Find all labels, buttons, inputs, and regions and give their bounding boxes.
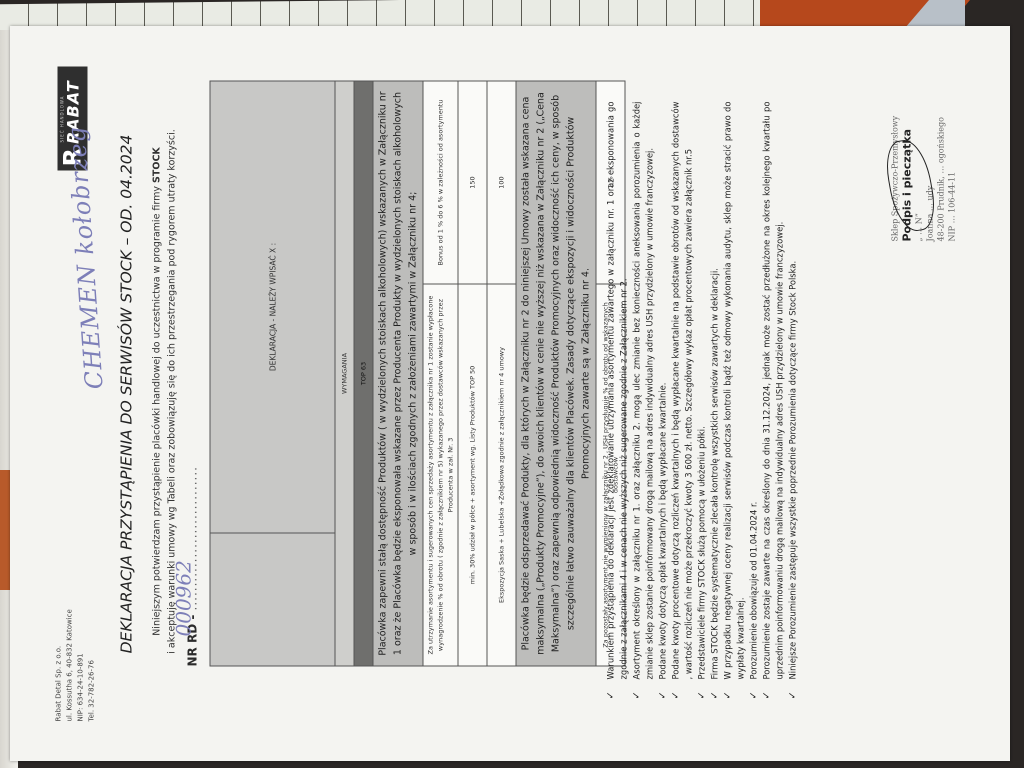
list-item: ✓Podane kwoty procentowe dotyczą rozlicz…	[670, 102, 696, 702]
requirement-cell: min. 30% udział w półce + asortyment wg.…	[458, 284, 487, 666]
stamp-line4: 48-200 Prudnik, … ogońskiego	[936, 52, 947, 242]
table-row: Za utrzymanie asortymentu i sugerowanych…	[423, 81, 458, 666]
requirement-cell: Ekspozycja Saska + Lubelska +Żołądkowa z…	[487, 284, 516, 666]
list-item: ✓W przypadku negatywnej oceny realizacji…	[722, 102, 748, 702]
document-sheet: Rabat Detal Sp. z o.o. ul. Kossutha 6, 4…	[10, 26, 1010, 761]
list-item: ✓Firma STOCK będzie systematycznie zleca…	[709, 102, 722, 702]
list-item: ✓Warunkiem przystąpienia do deklaracji j…	[605, 102, 631, 702]
value-cell: Bonus od 1 % do 6 % w zależności od asor…	[423, 81, 458, 284]
requirement-cell: Za utrzymanie asortymentu i sugerowanych…	[423, 284, 458, 666]
section1-description: Placówka zapewni stałą dostępność Produk…	[373, 81, 423, 666]
declaration-table: DEKLARACJA - NALEŻY WPISAĆ X : WYMAGANIA…	[210, 81, 626, 667]
section-label-top63: TOP 63	[354, 81, 373, 666]
stamp-line5: NIP … 106-44-11	[947, 52, 958, 242]
check-icon: ✓	[709, 691, 722, 699]
intro-line1: Niniejszym potwierdzam przystąpienie pla…	[152, 186, 163, 636]
declaration-header: DEKLARACJA - NALEŻY WPISAĆ X :	[210, 81, 335, 533]
nr-rd-field: NR RD - .............................. 0…	[186, 466, 200, 666]
company-name: Rabat Detal Sp. z o.o.	[54, 609, 65, 721]
document-title: DEKLARACJA PRZYSTĄPIENIA DO SERWISÓW STO…	[118, 27, 136, 762]
check-icon: ✓	[631, 691, 644, 699]
value-cell: 100	[487, 81, 516, 284]
handwritten-store-name: CHEMEN kołobrzeg	[62, 125, 108, 390]
signature-stamp: Sklep Spożywczo-Przemysłowy Podpis i pie…	[890, 52, 958, 242]
check-icon: ✓	[787, 691, 800, 699]
check-icon: ✓	[761, 691, 774, 699]
company-info: Rabat Detal Sp. z o.o. ul. Kossutha 6, 4…	[54, 609, 98, 721]
list-item: ✓Niniejsze Porozumienie zastępuje wszyst…	[787, 102, 800, 702]
terms-list: ✓Warunkiem przystąpienia do deklaracji j…	[605, 102, 800, 702]
section2-description: Placówka będzie odsprzedawać Produkty, d…	[516, 81, 596, 666]
check-icon: ✓	[748, 691, 761, 699]
company-address: ul. Kossutha 6, 40-832 Katowice	[65, 609, 76, 721]
company-nip: NIP: 634-24-10-891	[76, 609, 87, 721]
check-icon: ✓	[657, 691, 670, 699]
table-row: Ekspozycja Saska + Lubelska +Żołądkowa z…	[487, 81, 516, 666]
check-icon: ✓	[722, 691, 735, 699]
check-icon: ✓	[696, 691, 709, 699]
check-icon: ✓	[605, 691, 618, 699]
company-tel: Tel. 32-782-26-76	[87, 609, 98, 721]
nr-rd-handwritten-value: 000962	[172, 560, 196, 636]
list-item: ✓Porozumienie zostaje zawarte na czas ok…	[761, 102, 787, 702]
table-row: min. 30% udział w półce + asortyment wg.…	[458, 81, 487, 666]
declaration-x-cell[interactable]	[210, 533, 335, 666]
list-item: ✓Przedstawiciele firmy STOCK służą pomoc…	[696, 102, 709, 702]
list-item: ✓Asortyment określony w załączniku nr 1.…	[631, 102, 657, 702]
document-page: Rabat Detal Sp. z o.o. ul. Kossutha 6, 4…	[10, 27, 1010, 762]
list-item: ✓Porozumienie obowiązuje od 01.04.2024 r…	[748, 102, 761, 702]
requirements-header: WYMAGANIA	[335, 81, 354, 666]
intro-line1-bold: STOCK	[152, 147, 163, 183]
check-icon: ✓	[670, 691, 683, 699]
list-item: ✓Podane kwoty dotyczą opłat kwartalnych …	[657, 102, 670, 702]
value-cell: 150	[458, 81, 487, 284]
